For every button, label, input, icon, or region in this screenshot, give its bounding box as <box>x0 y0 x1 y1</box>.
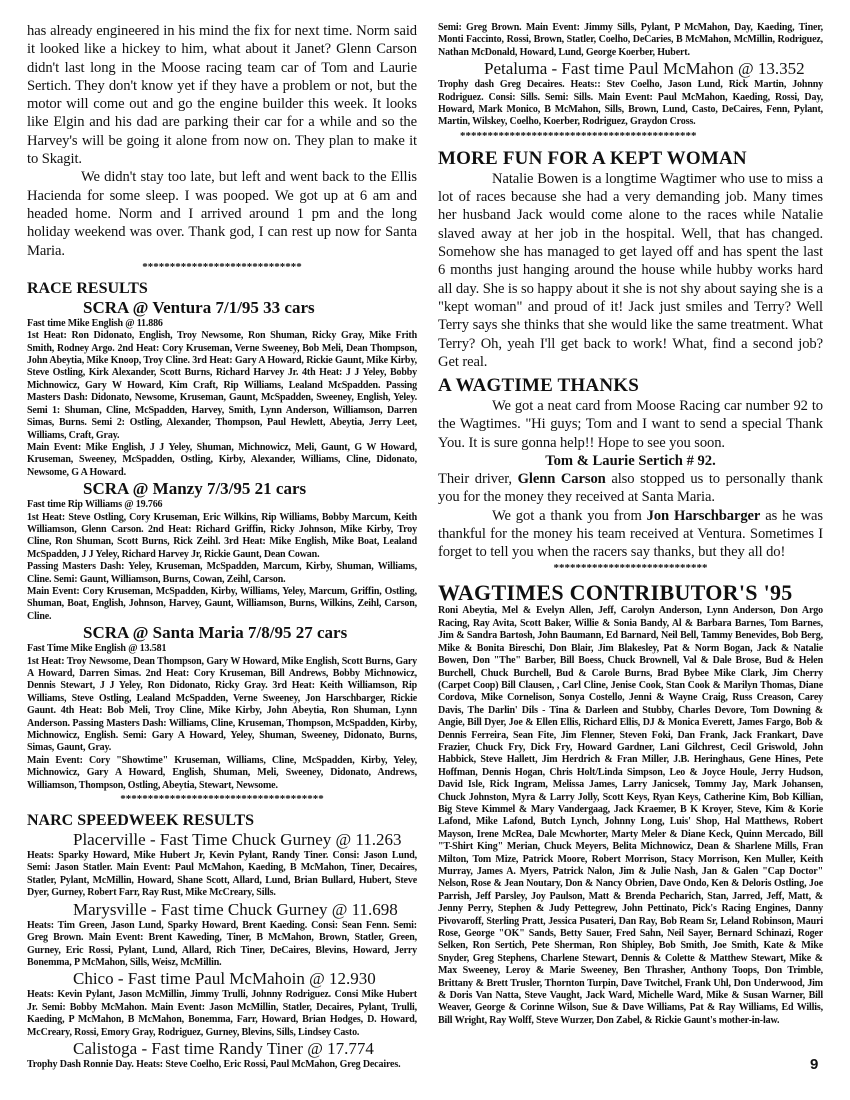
dash-semi: Passing Masters Dash: Yeley, Kruseman, M… <box>27 561 417 586</box>
event-results: Trophy dash Greg Decaires. Heats:: Stev … <box>438 79 823 129</box>
contributors-list: Roni Abeytia, Mel & Evelyn Allen, Jeff, … <box>438 605 823 1027</box>
main-event: Main Event: Cory "Showtime" Kruseman, Wi… <box>27 755 417 792</box>
kept-woman-body: Natalie Bowen is a longtime Wagtimer who… <box>438 170 823 371</box>
event-title: Chico - Fast time Paul McMahoin @ 12.930 <box>27 969 417 989</box>
fast-time: Fast time Mike English @ 11.886 <box>27 318 417 330</box>
event-title: Calistoga - Fast time Randy Tiner @ 17.7… <box>27 1039 417 1059</box>
event-results: Heats: Kevin Pylant, Jason McMillin, Jim… <box>27 989 417 1039</box>
event-title: Placerville - Fast Time Chuck Gurney @ 1… <box>27 830 417 850</box>
heats: 1st Heat: Ron Didonato, English, Troy Ne… <box>27 330 417 442</box>
page-number: 9 <box>810 1056 818 1073</box>
event-results: Heats: Sparky Howard, Mike Hubert Jr, Ke… <box>27 850 417 900</box>
calistoga-continued: Semi: Greg Brown. Main Event: Jimmy Sill… <box>438 22 823 59</box>
intro-paragraph-1: has already engineered in his mind the f… <box>27 22 417 168</box>
event-santa-maria: SCRA @ Santa Maria 7/8/95 27 cars Fast T… <box>27 623 417 792</box>
race-results-heading: RACE RESULTS <box>27 279 417 298</box>
narc-placerville: Placerville - Fast Time Chuck Gurney @ 1… <box>27 830 417 900</box>
team-name: Jon Harschbarger <box>647 508 761 524</box>
separator: **************************** <box>438 562 823 574</box>
left-column: has already engineered in his mind the f… <box>27 22 417 1071</box>
thanks-paragraph-1: We got a neat card from Moose Racing car… <box>438 397 823 452</box>
heats: 1st Heat: Troy Newsome, Dean Thompson, G… <box>27 656 417 755</box>
event-title: SCRA @ Manzy 7/3/95 21 cars <box>27 479 417 499</box>
narc-marysville: Marysville - Fast time Chuck Gurney @ 11… <box>27 900 417 970</box>
fast-time: Fast time Rip Williams @ 19.766 <box>27 499 417 511</box>
main-event: Main Event: Mike English, J J Yeley, Shu… <box>27 442 417 479</box>
thanks-signature: Tom & Laurie Sertich # 92. <box>438 452 823 470</box>
separator: ***************************** <box>27 261 417 273</box>
narc-petaluma: Petaluma - Fast time Paul McMahon @ 13.3… <box>438 59 823 129</box>
right-column: Semi: Greg Brown. Main Event: Jimmy Sill… <box>438 22 823 1027</box>
separator: ****************************************… <box>438 130 823 142</box>
intro-paragraph-2: We didn't stay too late, but left and we… <box>27 168 417 259</box>
event-title: Petaluma - Fast time Paul McMahon @ 13.3… <box>438 59 823 79</box>
thanks-paragraph-3: We got a thank you from Jon Harschbarger… <box>438 507 823 562</box>
kept-woman-heading: MORE FUN FOR A KEPT WOMAN <box>438 148 823 170</box>
narc-heading: NARC SPEEDWEEK RESULTS <box>27 811 417 830</box>
contributors-heading: WAGTIMES CONTRIBUTOR'S '95 <box>438 580 823 605</box>
text: We got a thank you from <box>492 508 647 524</box>
narc-chico: Chico - Fast time Paul McMahoin @ 12.930… <box>27 969 417 1039</box>
text: Their driver, <box>438 471 518 487</box>
narc-calistoga: Calistoga - Fast time Randy Tiner @ 17.7… <box>27 1039 417 1071</box>
event-title: Marysville - Fast time Chuck Gurney @ 11… <box>27 900 417 920</box>
event-manzy: SCRA @ Manzy 7/3/95 21 cars Fast time Ri… <box>27 479 417 623</box>
event-results: Heats: Tim Green, Jason Lund, Sparky How… <box>27 920 417 970</box>
event-results: Trophy Dash Ronnie Day. Heats: Steve Coe… <box>27 1059 417 1071</box>
main-event: Main Event: Cory Kruseman, McSpadden, Ki… <box>27 586 417 623</box>
separator: ************************************* <box>27 793 417 805</box>
thanks-paragraph-2: Their driver, Glenn Carson also stopped … <box>438 470 823 507</box>
thanks-heading: A WAGTIME THANKS <box>438 375 823 397</box>
driver-name: Glenn Carson <box>518 471 606 487</box>
event-title: SCRA @ Ventura 7/1/95 33 cars <box>27 298 417 318</box>
event-ventura: SCRA @ Ventura 7/1/95 33 cars Fast time … <box>27 298 417 479</box>
fast-time: Fast Time Mike English @ 13.581 <box>27 643 417 655</box>
event-title: SCRA @ Santa Maria 7/8/95 27 cars <box>27 623 417 643</box>
heats: 1st Heat: Steve Ostling, Cory Kruseman, … <box>27 512 417 562</box>
